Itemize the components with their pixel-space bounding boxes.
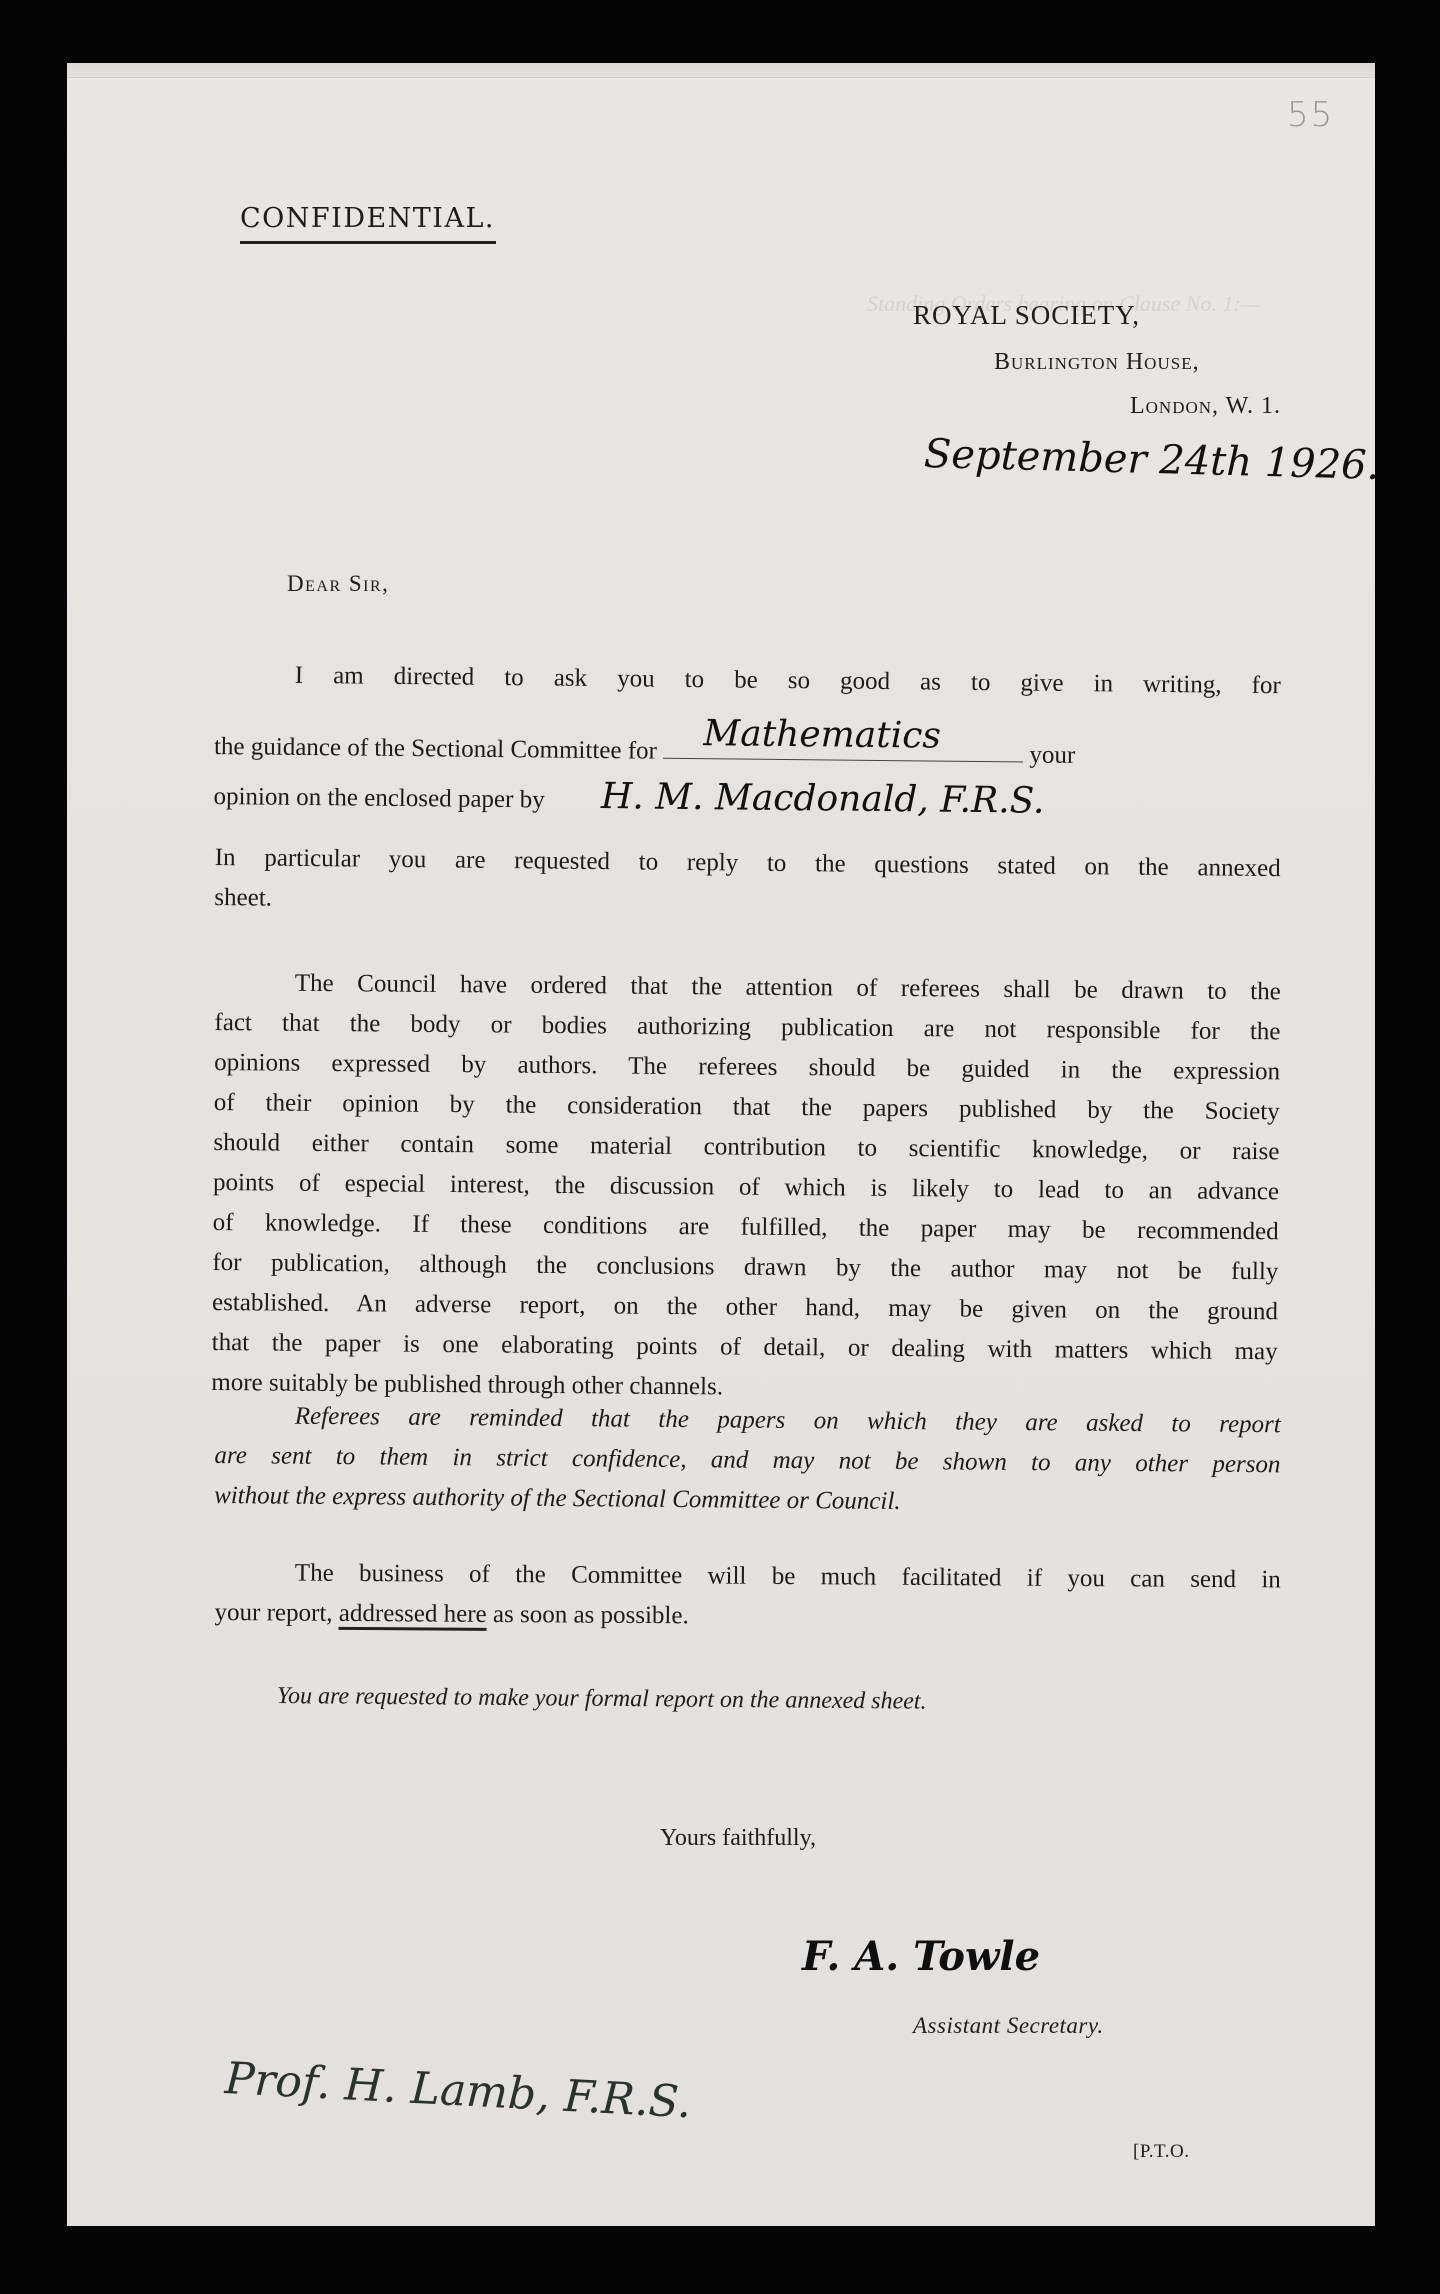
- business-paragraph: The business of the Committee will be mu…: [214, 1553, 1281, 1640]
- handwritten-addressee: Prof. H. Lamb, F.R.S.: [224, 2053, 693, 2128]
- business-line-2-suffix: as soon as possible.: [493, 1601, 689, 1629]
- confidential-label: CONFIDENTIAL.: [240, 203, 495, 234]
- letterhead-organisation: ROYAL SOCIETY,: [913, 300, 1140, 331]
- intro-line-2: the guidance of the Sectional Committee …: [214, 717, 1280, 778]
- referees-paragraph: Referees are reminded that the papers on…: [214, 1396, 1281, 1525]
- letter-page: 55 CONFIDENTIAL. Standing Orders bearing…: [67, 63, 1375, 2226]
- formal-report-note: You are requested to make your formal re…: [277, 1683, 927, 1716]
- intro-line-1: I am directed to ask you to be so good a…: [215, 655, 1281, 706]
- letterhead-address-line-2: London, W. 1.: [1130, 393, 1281, 420]
- letterhead-address-line-1: Burlington House,: [994, 349, 1200, 376]
- committee-blank: Mathematics: [663, 722, 1023, 763]
- council-paragraph: The Council have ordered that the attent…: [211, 963, 1281, 1412]
- handwritten-signature: F. A. Towle: [802, 1933, 1040, 1980]
- intro-line-3: opinion on the enclosed paper by H. M. M…: [213, 773, 1279, 828]
- folio-number: 55: [1287, 95, 1334, 135]
- intro-line-2-suffix: your: [1029, 742, 1075, 769]
- addressed-here-text: addressed here: [339, 1600, 487, 1631]
- particular-paragraph: In particular you are requested to reply…: [214, 838, 1281, 929]
- business-line-2-prefix: your report,: [214, 1599, 332, 1627]
- paper-fold-strip: [67, 63, 1375, 78]
- intro-line-2-prefix: the guidance of the Sectional Committee …: [214, 733, 657, 765]
- please-turn-over: [P.T.O.: [1133, 2141, 1189, 2163]
- closing: Yours faithfully,: [660, 1825, 816, 1852]
- committee-handwritten: Mathematics: [703, 714, 941, 756]
- signatory-title: Assistant Secretary.: [913, 2013, 1104, 2039]
- intro-paragraph: I am directed to ask you to be so good a…: [213, 655, 1281, 828]
- business-line-2: your report, addressed here as soon as p…: [214, 1593, 1280, 1640]
- salutation: Dear Sir,: [287, 571, 389, 597]
- confidential-underline: [240, 241, 496, 244]
- intro-line-3-prefix: opinion on the enclosed paper by: [213, 783, 544, 813]
- handwritten-date: September 24th 1926.: [923, 431, 1379, 489]
- author-handwritten: H. M. Macdonald, F.R.S.: [601, 777, 1045, 822]
